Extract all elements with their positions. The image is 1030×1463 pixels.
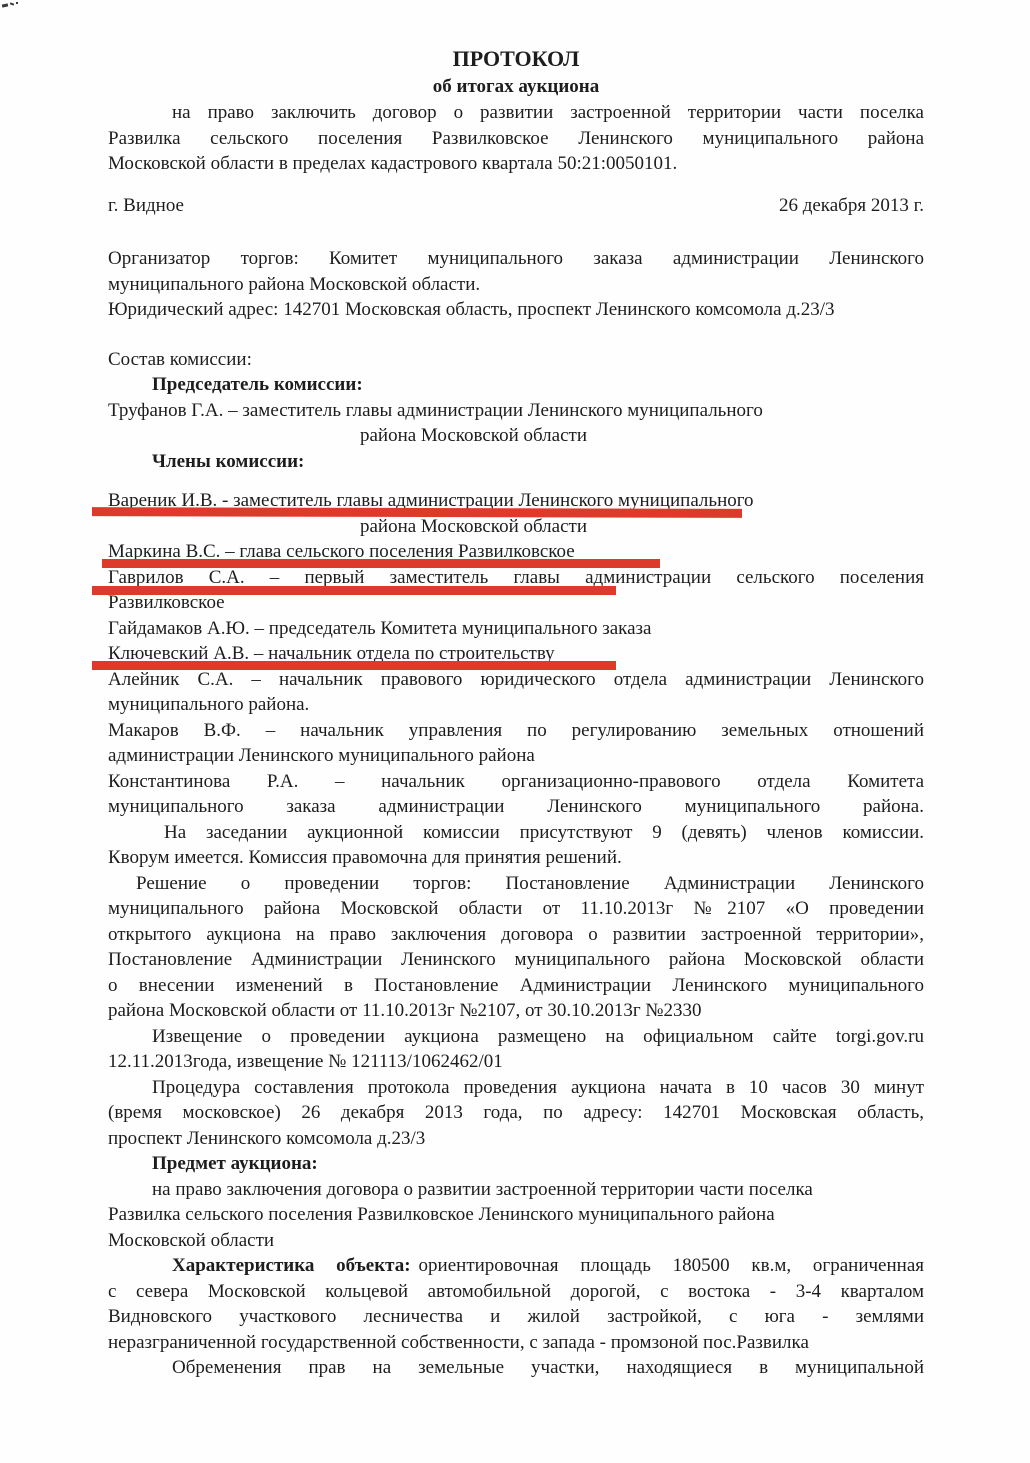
notice-line-2: 12.11.2013года, извещение № 121113/10624… [108,1049,924,1075]
subject-line-3: Московской области [108,1228,924,1254]
red-underline-1 [92,507,742,518]
decision-line-6: района Московской области от 11.10.2013г… [108,998,924,1024]
decision-line-5: о внесении изменений в Постановление Адм… [108,973,924,999]
chairman-heading: Председатель комиссии: [108,372,924,398]
member-aleynik-line: Алейник С.А. – начальник правового юриди… [108,667,924,693]
decision-line-2: муниципального района Московской области… [108,896,924,922]
procedure-line-2: (время московское) 26 декабря 2013 года,… [108,1100,924,1126]
characteristics-line-1: Характеристика объекта:ориентировочная п… [108,1253,924,1279]
chairman-name-line: Труфанов Г.А. – заместитель главы админи… [108,398,924,424]
members-heading: Члены комиссии: [108,449,924,475]
document-body: ПРОТОКОЛ об итогах аукциона на право зак… [0,0,1030,1381]
characteristics-line-1-rest: ориентировочная площадь 180500 кв.м, огр… [419,1255,924,1276]
doc-subtitle: об итогах аукциона [108,74,924,100]
member-varenik-cont: района Московской области [108,514,924,540]
red-underline-4 [92,661,616,670]
member-konstantinova-line: Константинова Р.А. – начальник организац… [108,769,924,795]
organizer-line-2: муниципального района Московской области… [108,272,924,298]
red-underline-2 [102,559,660,568]
member-gavrilov-entry: Гаврилов С.А. – первый заместитель главы… [108,565,924,616]
member-klyuchevskiy-entry: Ключевский А.В. – начальник отдела по ст… [108,641,924,667]
decision-line-3: открытого аукциона на право заключения д… [108,922,924,948]
intro-line-1: на право заключить договор о развитии за… [108,100,924,126]
subject-line-2: Развилка сельского поселения Развилковск… [108,1202,924,1228]
member-gaydamakov-line: Гайдамаков А.Ю. – председатель Комитета … [108,616,924,642]
characteristics-label: Характеристика объекта: [172,1255,411,1276]
procedure-line-3: проспект Ленинского комсомола д.23/3 [108,1126,924,1152]
member-makarov-line: Макаров В.Ф. – начальник управления по р… [108,718,924,744]
place-date-row: г. Видное 26 декабря 2013 г. [108,193,924,219]
member-markina-entry: Маркина В.С. – глава сельского поселения… [108,539,924,565]
commission-heading: Состав комиссии: [108,347,924,373]
legal-address: Юридический адрес: 142701 Московская обл… [108,297,924,323]
decision-line-4: Постановление Администрации Ленинского м… [108,947,924,973]
quorum-line-1: На заседании аукционной комиссии присутс… [108,820,924,846]
characteristics-line-3: Видновского участкового лесничества и жи… [108,1304,924,1330]
organizer-line-1: Организатор торгов: Комитет муниципально… [108,246,924,272]
encumbrance-line: Обременения прав на земельные участки, н… [108,1355,924,1381]
characteristics-line-2: с севера Московской кольцевой автомобиль… [108,1279,924,1305]
member-aleynik-cont: муниципального района. [108,692,924,718]
doc-date: 26 декабря 2013 г. [779,193,924,219]
document-page: ПРОТОКОЛ об итогах аукциона на право зак… [0,0,1030,1463]
quorum-line-2: Кворум имеется. Комиссия правомочна для … [108,845,924,871]
intro-line-3: Московской области в пределах кадастрово… [108,151,924,177]
subject-line-1: на право заключения договора о развитии … [108,1177,924,1203]
red-underline-3 [92,586,616,595]
notice-line-1: Извещение о проведении аукциона размещен… [108,1024,924,1050]
place-name: г. Видное [108,193,184,219]
member-varenik-entry: Вареник И.В. - заместитель главы админис… [108,488,924,539]
intro-line-2: Развилка сельского поселения Развилковск… [108,126,924,152]
member-konstantinova-cont: муниципального заказа администрации Лени… [108,794,924,820]
procedure-line-1: Процедура составления протокола проведен… [108,1075,924,1101]
member-makarov-cont: администрации Ленинского муниципального … [108,743,924,769]
decision-line-1: Решение о проведении торгов: Постановлен… [108,871,924,897]
chairman-cont-line: района Московской области [108,423,924,449]
doc-title: ПРОТОКОЛ [108,44,924,74]
subject-heading: Предмет аукциона: [108,1151,924,1177]
characteristics-line-4: неразграниченной государственной собстве… [108,1330,924,1356]
